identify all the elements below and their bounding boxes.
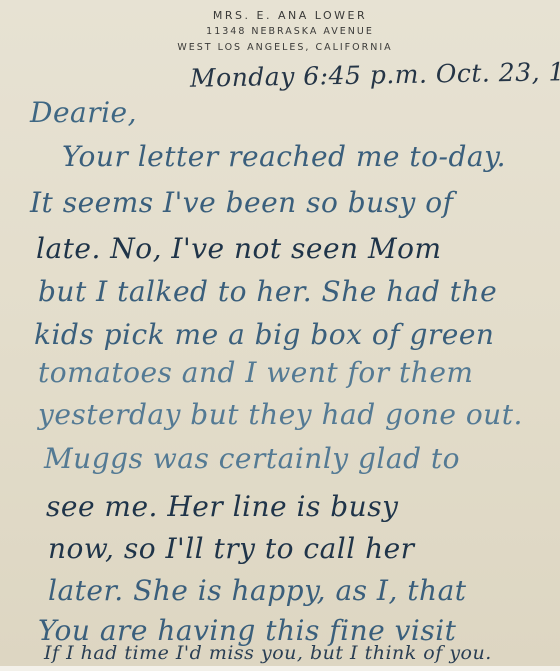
letter-page: MRS. E. ANA LOWER 11348 NEBRASKA AVENUE … xyxy=(0,0,560,666)
letterhead-city: WEST LOS ANGELES, CALIFORNIA xyxy=(0,40,560,56)
letterhead: MRS. E. ANA LOWER 11348 NEBRASKA AVENUE … xyxy=(0,8,560,56)
scan-bottom-edge xyxy=(0,666,560,671)
body-line: now, so I'll try to call her xyxy=(48,532,415,565)
body-line: Muggs was certainly glad to xyxy=(44,442,460,475)
body-line: It seems I've been so busy of xyxy=(30,186,453,219)
body-line: see me. Her line is busy xyxy=(46,490,398,523)
greeting: Dearie, xyxy=(30,96,137,129)
body-line: If I had time I'd miss you, but I think … xyxy=(44,642,492,664)
body-line: yesterday but they had gone out. xyxy=(38,398,523,431)
body-line: later. She is happy, as I, that xyxy=(48,574,467,607)
body-line: late. No, I've not seen Mom xyxy=(36,232,442,265)
body-line: Your letter reached me to-day. xyxy=(62,140,506,173)
body-line: kids pick me a big box of green xyxy=(34,318,494,351)
letterhead-address: 11348 NEBRASKA AVENUE xyxy=(0,24,560,40)
dateline: Monday 6:45 p.m. Oct. 23, 1944 xyxy=(190,56,560,92)
body-line: but I talked to her. She had the xyxy=(38,275,497,308)
letterhead-name: MRS. E. ANA LOWER xyxy=(0,8,560,24)
body-line: tomatoes and I went for them xyxy=(38,356,473,389)
